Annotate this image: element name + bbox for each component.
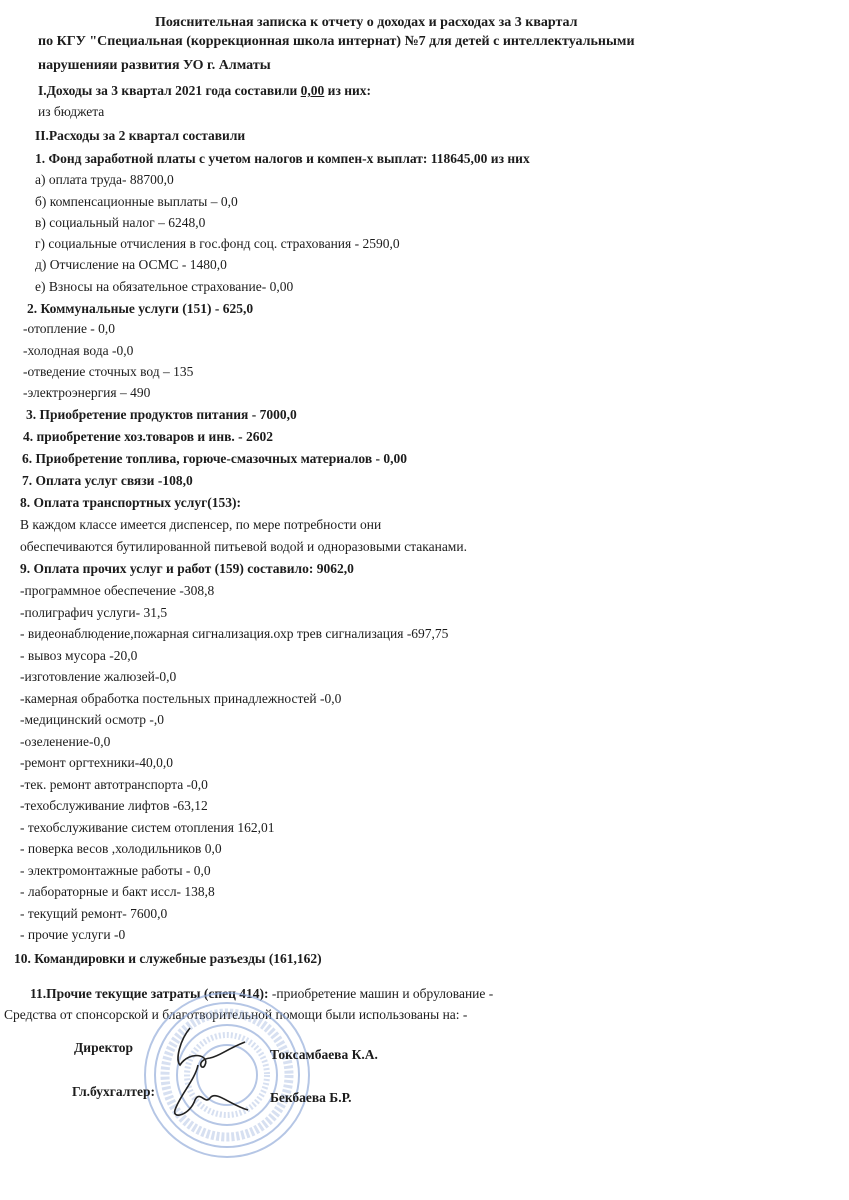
section-item: -отопление - 0,0: [23, 320, 115, 338]
accountant-label: Гл.бухгалтер:: [72, 1084, 155, 1100]
section-item: -камерная обработка постельных принадлеж…: [20, 690, 341, 708]
section-item: - техобслуживание систем отопления 162,0…: [20, 819, 274, 837]
section-item: д) Отчисление на ОСМС - 1480,0: [35, 256, 227, 274]
section-item: обеспечиваются бутилированной питьевой в…: [20, 538, 467, 556]
section-item: а) оплата труда- 88700,0: [35, 171, 174, 189]
income-line: I.Доходы за 3 квартал 2021 года составил…: [38, 82, 371, 100]
section-item: - поверка весов ,холодильников 0,0: [20, 840, 222, 858]
section-item: -техобслуживание лифтов -63,12: [20, 797, 208, 815]
section-item: - видеонаблюдение,пожарная сигнализация.…: [20, 625, 448, 643]
signature-marks: [150, 1020, 260, 1130]
section-item: - вывоз мусора -20,0: [20, 647, 137, 665]
section-heading: 4. приобретение хоз.товаров и инв. - 260…: [23, 428, 273, 446]
director-label: Директор: [74, 1040, 133, 1056]
section-item: - электромонтажные работы - 0,0: [20, 862, 211, 880]
document-subtitle-line-1: по КГУ "Специальная (коррекционная школа…: [38, 33, 635, 51]
section-item: -медицинский осмотр -,0: [20, 711, 164, 729]
document-subtitle-line-2: нарушенияи развития УО г. Алматы: [38, 57, 271, 75]
section-item: г) социальные отчисления в гос.фонд соц.…: [35, 235, 400, 253]
director-name: Токсамбаева К.А.: [270, 1047, 378, 1063]
section-item: б) компенсационные выплаты – 0,0: [35, 193, 238, 211]
section-item: -изготовление жалюзей-0,0: [20, 668, 176, 686]
section-item: в) социальный налог – 6248,0: [35, 214, 205, 232]
section-item: -холодная вода -0,0: [23, 342, 133, 360]
expenses-header: II.Расходы за 2 квартал составили: [35, 127, 245, 145]
income-prefix: I.Доходы за 3 квартал 2021 года составил…: [38, 83, 301, 98]
income-suffix: из них:: [324, 83, 371, 98]
section-item: -отведение сточных вод – 135: [23, 363, 193, 381]
section-heading: 7. Оплата услуг связи -108,0: [22, 472, 193, 490]
section-item: е) Взносы на обязательное страхование- 0…: [35, 278, 293, 296]
document-title: Пояснительная записка к отчету о доходах…: [155, 14, 578, 32]
section-heading: 1. Фонд заработной платы с учетом налого…: [35, 150, 530, 168]
section-heading: 8. Оплата транспортных услуг(153):: [20, 494, 241, 512]
accountant-name: Бекбаева Б.Р.: [270, 1090, 352, 1106]
section-item: -полиграфич услуги- 31,5: [20, 604, 167, 622]
section-item: -озеленение-0,0: [20, 733, 110, 751]
section-item: -программное обеспечение -308,8: [20, 582, 214, 600]
section-heading: 6. Приобретение топлива, горюче-смазочны…: [22, 450, 407, 468]
section-item: - лабораторные и бакт иссл- 138,8: [20, 883, 215, 901]
income-source: из бюджета: [38, 103, 104, 121]
section-item: -электроэнергия – 490: [23, 384, 150, 402]
section-item: - прочие услуги -0: [20, 926, 125, 944]
section-item: В каждом классе имеется диспенсер, по ме…: [20, 516, 381, 534]
section-heading: 10. Командировки и служебные разъезды (1…: [14, 950, 322, 968]
section-item: - текущий ремонт- 7600,0: [20, 905, 167, 923]
section-heading: 2. Коммунальные услуги (151) - 625,0: [27, 300, 253, 318]
section-item: -ремонт оргтехники-40,0,0: [20, 754, 173, 772]
income-amount: 0,00: [301, 83, 325, 98]
section-heading: 3. Приобретение продуктов питания - 7000…: [26, 406, 297, 424]
section-heading: 9. Оплата прочих услуг и работ (159) сос…: [20, 560, 354, 578]
section-item: -тек. ремонт автотранспорта -0,0: [20, 776, 208, 794]
